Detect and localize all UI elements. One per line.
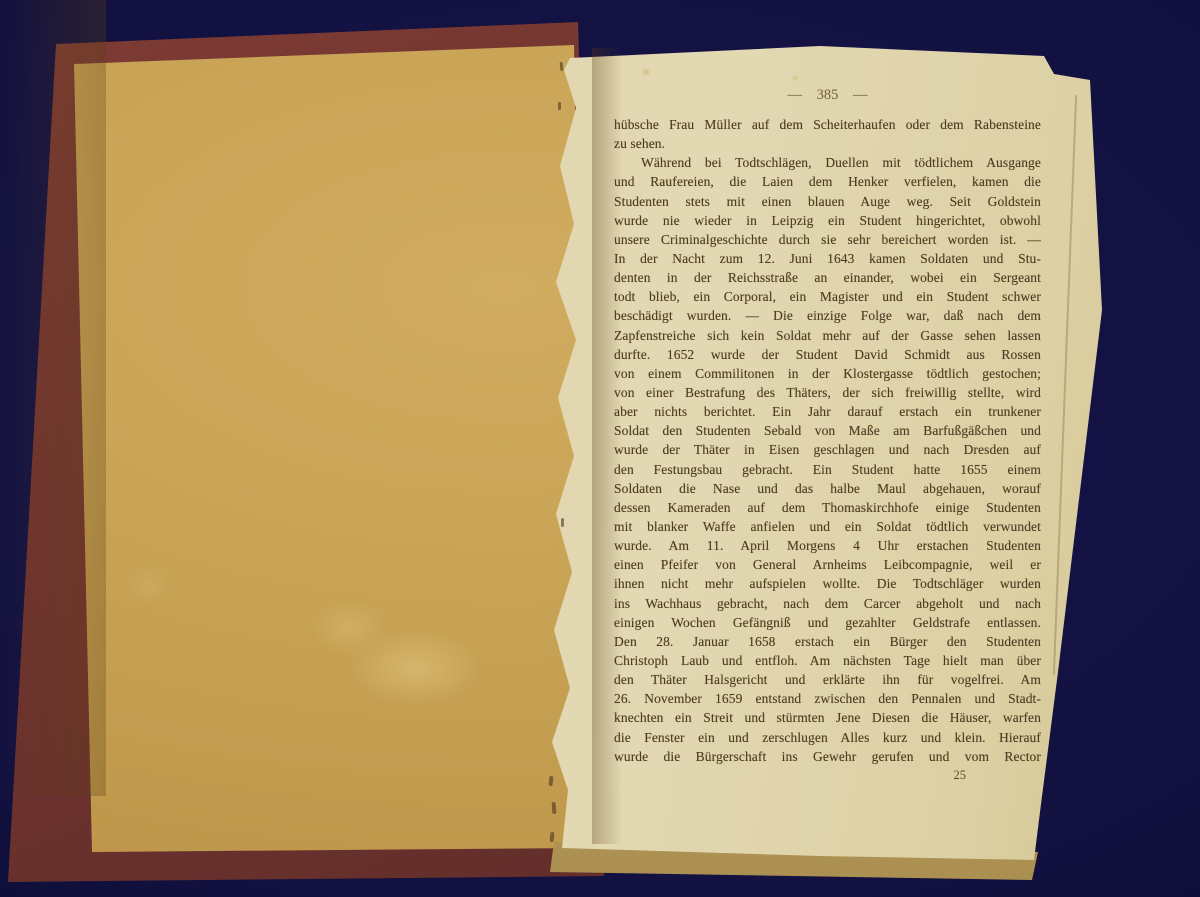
text-line: 26. November 1659 entstand zwischen den … — [614, 689, 1041, 708]
stitch-mark — [552, 802, 557, 814]
text-line: den Festungsbau gebracht. Ein Student ha… — [614, 460, 1041, 479]
text-line: Zapfenstreiche sich kein Soldat mehr auf… — [614, 326, 1041, 345]
page-number-header: — 385 — — [614, 87, 1041, 104]
text-line: wurde nie wieder in Leipzig ein Student … — [614, 211, 1041, 230]
text-line: ins Wachhaus gebracht, nach dem Carcer a… — [614, 594, 1041, 613]
text-line: von einem Commilitonen in der Klostergas… — [614, 364, 1041, 383]
text-line: ihnen nicht mehr aufspielen wollte. Die … — [614, 574, 1041, 593]
text-line: Studenten stets mit einen blauen Auge we… — [614, 192, 1041, 211]
text-line: einen Pfeifer von General Arnheims Leibc… — [614, 555, 1041, 574]
text-line: beschädigt wurden. — Die einzige Folge w… — [614, 306, 1041, 325]
text-line: aber nichts berichtet. Ein Jahr darauf e… — [614, 402, 1041, 421]
stitch-mark — [558, 102, 561, 110]
text-line: die Fenster ein und zerschlugen Alles ku… — [614, 728, 1041, 747]
text-line: und Raufereien, die Laien dem Henker ver… — [614, 172, 1041, 191]
text-line: knechten ein Streit und stürmten Jene Di… — [614, 708, 1041, 727]
text-line: denten in der Reichsstraße an einander, … — [614, 268, 1041, 287]
text-line: Soldat den Studenten Sebald von Maße am … — [614, 421, 1041, 440]
stitch-mark — [561, 518, 564, 527]
text-line: unsere Criminalgeschichte durch sie sehr… — [614, 230, 1041, 249]
text-line: wurde. Am 11. April Morgens 4 Uhr erstac… — [614, 536, 1041, 555]
text-line: wurde die Bürgerschaft ins Gewehr gerufe… — [614, 747, 1041, 766]
body-text: hübsche Frau Müller auf dem Scheiterhauf… — [614, 112, 1041, 766]
text-line: einigen Wochen Gefängniß und gezahlter G… — [614, 613, 1041, 632]
text-line: Den 28. Januar 1658 erstach ein Bürger d… — [614, 632, 1041, 651]
text-line: In der Nacht zum 12. Juni 1643 kamen Sol… — [614, 249, 1041, 268]
text-line: zu sehen. — [614, 134, 1041, 153]
photo-background: — 385 — hübsche Frau Müller auf dem Sche… — [0, 0, 1200, 897]
text-line: durfte. 1652 wurde der Student David Sch… — [614, 345, 1041, 364]
text-line: Soldaten die Nase und das halbe Maul abg… — [614, 479, 1041, 498]
text-line: Christoph Laub und entfloh. Am nächsten … — [614, 651, 1041, 670]
text-line: dessen Kameraden auf dem Thomaskirchhofe… — [614, 498, 1041, 517]
text-line: todt blieb, ein Corporal, ein Magister u… — [614, 287, 1041, 306]
text-line: mit blanker Waffe anfielen und ein Solda… — [614, 517, 1041, 536]
text-line: hübsche Frau Müller auf dem Scheiterhauf… — [614, 115, 1041, 134]
text-line: von einer Bestrafung des Thäters, der si… — [614, 383, 1041, 402]
text-line: den Thäter Halsgericht und erklärte ihn … — [614, 670, 1041, 689]
signature-mark: 25 — [614, 768, 966, 783]
text-line: Während bei Todtschlägen, Duellen mit tö… — [614, 153, 1041, 172]
text-line: wurde der Thäter in Eisen geschlagen und… — [614, 440, 1041, 459]
